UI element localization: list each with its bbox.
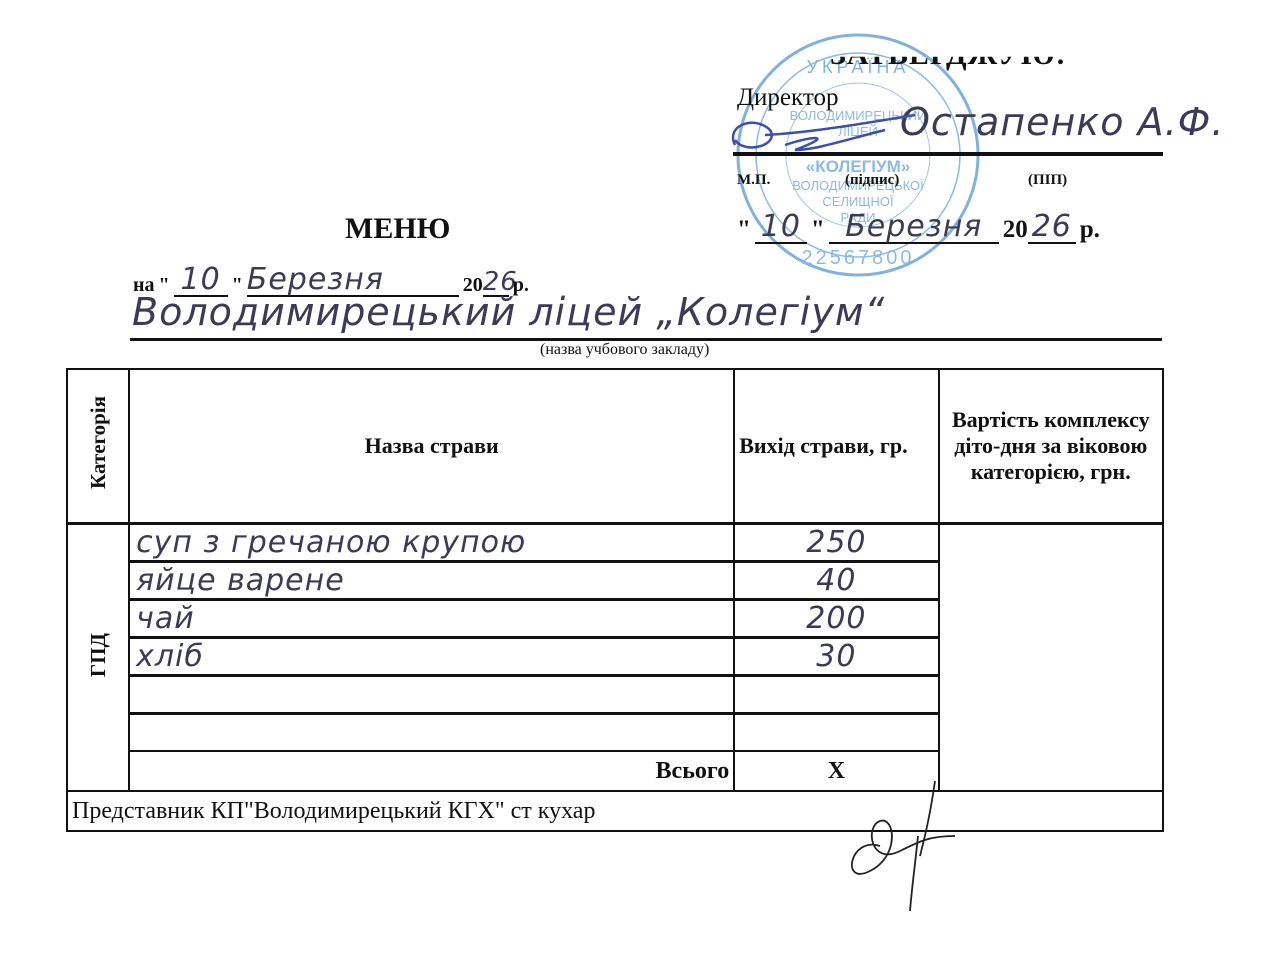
signature-line	[733, 152, 1163, 156]
approval-month: Березня	[845, 209, 982, 244]
output-cell	[734, 675, 938, 713]
approval-year-suffix: 26	[1032, 209, 1072, 244]
cost-cell	[939, 523, 1163, 791]
dish-cell: суп з гречаною крупою	[129, 523, 734, 561]
category-cell: ГПД	[67, 523, 129, 791]
svg-text:СЕЛИЩНОЇ: СЕЛИЩНОЇ	[822, 194, 894, 209]
dish-cell: хліб	[129, 637, 734, 675]
menu-title: МЕНЮ	[345, 212, 450, 246]
approval-day: 10	[761, 209, 801, 244]
menu-table: Категорія Назва страви Вихід страви, гр.…	[66, 368, 1164, 832]
table-header-row: Категорія Назва страви Вихід страви, гр.…	[67, 369, 1163, 523]
output-cell: 30	[734, 637, 938, 675]
svg-text:22567800: 22567800	[802, 247, 915, 269]
approval-year-prefix: 20	[1003, 216, 1028, 244]
director-signature	[725, 105, 925, 165]
dish-cell: чай	[129, 599, 734, 637]
output-cell: 250	[734, 523, 938, 561]
dish-cell	[129, 713, 734, 751]
total-label: Всього	[129, 751, 734, 791]
table-row: ГПД суп з гречаною крупою 250	[67, 523, 1163, 561]
name-caption: (ПІП)	[1028, 172, 1067, 189]
cook-signature	[840, 776, 960, 916]
signature-caption: (підпис)	[845, 172, 899, 189]
approval-year-unit: р.	[1080, 216, 1100, 244]
output-cell: 40	[734, 561, 938, 599]
director-name-handwritten: Остапенко А.Ф.	[900, 100, 1224, 144]
header-output: Вихід страви, гр.	[734, 369, 938, 523]
header-category: Категорія	[67, 369, 129, 523]
header-cost: Вартість комплексу діто-дня за віковою к…	[939, 369, 1163, 523]
school-caption: (назва учбового закладу)	[540, 341, 709, 359]
representative-text: Представник КП"Володимирецький КГХ" ст к…	[67, 791, 1163, 831]
output-cell: 200	[734, 599, 938, 637]
dish-cell	[129, 675, 734, 713]
header-dish-name: Назва страви	[129, 369, 734, 523]
school-name-handwritten: Володимирецький ліцей „Колегіум“	[132, 290, 885, 334]
output-cell	[734, 713, 938, 751]
representative-row: Представник КП"Володимирецький КГХ" ст к…	[67, 791, 1163, 831]
mp-label: М.П.	[737, 172, 770, 189]
approval-date: "10" Березня 2026 р.	[737, 212, 1100, 244]
dish-cell: яйце варене	[129, 561, 734, 599]
